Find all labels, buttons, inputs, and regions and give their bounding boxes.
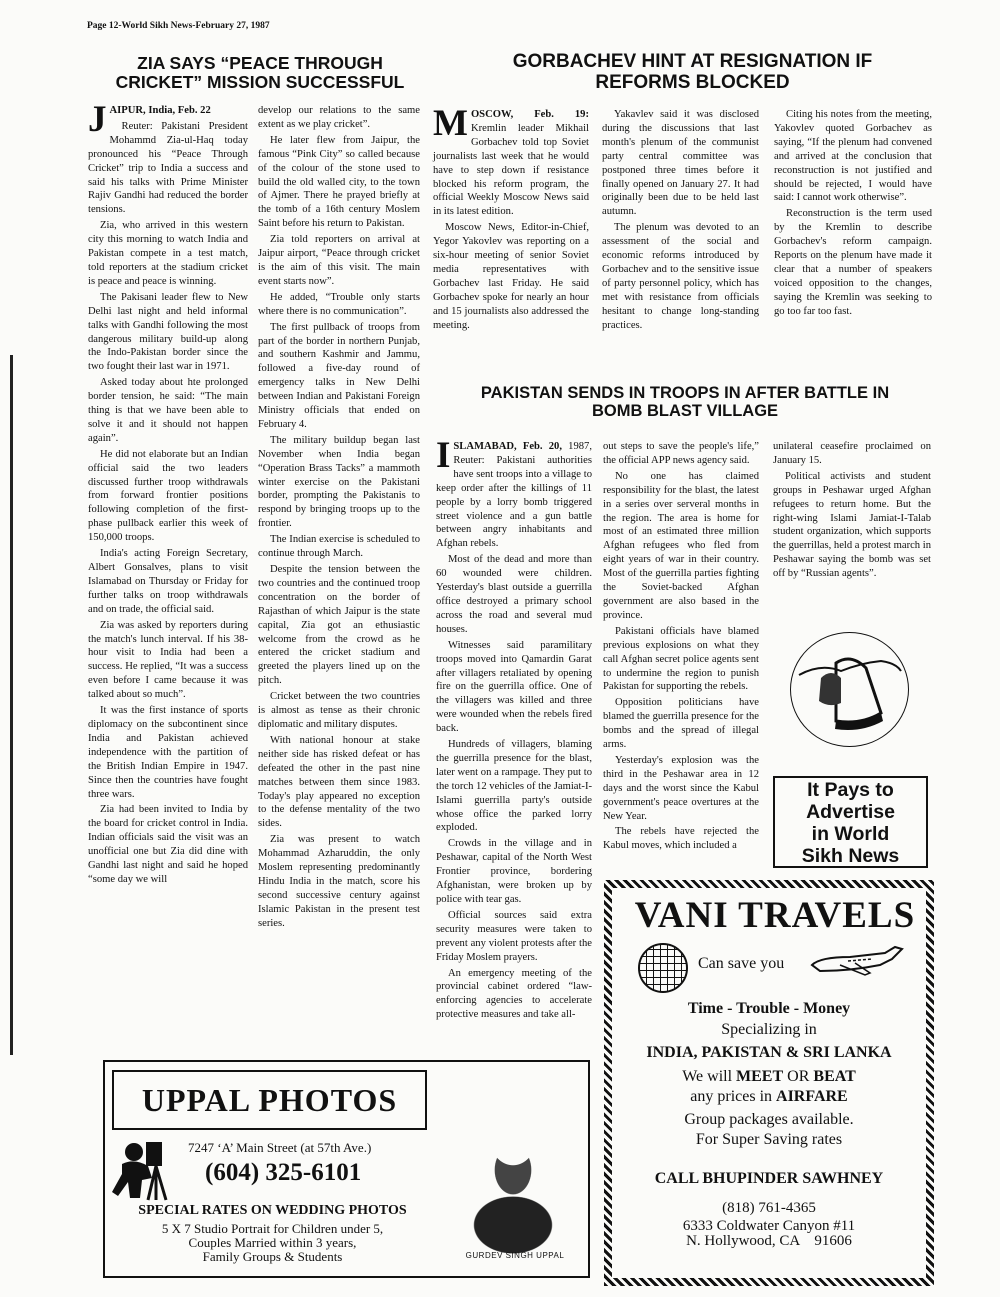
vani-line-time-trouble-money: Time - Trouble - Money xyxy=(609,1000,929,1018)
photo-caption: GURDEV SINGH UPPAL xyxy=(455,1251,575,1260)
paragraph: India's acting Foreign Secretary, Albert… xyxy=(88,547,248,617)
paragraph: Official sources said extra security mea… xyxy=(436,909,592,965)
dateline: OSCOW, Feb. 19: xyxy=(471,109,589,120)
paragraph: It was the first instance of sports dipl… xyxy=(88,704,248,801)
vani-line-super-saving: For Super Saving rates xyxy=(609,1131,929,1149)
paragraph: Zia was present to watch Mohammad Azharu… xyxy=(258,833,420,930)
paragraph: Reconstruction is the term used by the K… xyxy=(774,207,932,318)
headline-gorbachev: GORBACHEV HINT AT RESIGNATION IF REFORMS… xyxy=(470,52,915,94)
paragraph: Zia, who arrived in this western city th… xyxy=(88,219,248,289)
paragraph: Moscow News, Editor-in-Chief, Yegor Yako… xyxy=(433,221,589,332)
paragraph: Asked today about hte prolonged border t… xyxy=(88,376,248,446)
vani-travels-title: VANI TRAVELS xyxy=(630,894,920,937)
headline-zia: ZIA SAYS “PEACE THROUGH CRICKET” MISSION… xyxy=(95,54,425,93)
text: BEAT xyxy=(813,1068,855,1085)
vani-address-1: 6333 Coldwater Canyon #11 xyxy=(609,1219,929,1234)
uppal-offer-line: 5 X 7 Studio Portrait for Children under… xyxy=(115,1222,430,1236)
bells-illustration-icon xyxy=(790,632,909,747)
airplane-icon xyxy=(810,945,905,977)
dateline: SLAMABAD, Feb. 20, xyxy=(453,441,562,452)
zia-column-2: develop our relations to the same extent… xyxy=(258,104,420,933)
paragraph: Opposition politicians have blamed the g… xyxy=(603,696,759,752)
vani-line-countries: INDIA, PAKISTAN & SRI LANKA xyxy=(609,1044,929,1062)
paragraph: Zia told reporters on arrival at Jaipur … xyxy=(258,233,420,289)
paragraph: The plenum was devoted to an assessment … xyxy=(602,221,759,332)
globe-icon xyxy=(638,943,688,993)
paragraph: He did not elaborate but an Indian offic… xyxy=(88,448,248,545)
paragraph: Zia had been invited to India by the boa… xyxy=(88,803,248,886)
uppal-photos-title: UPPAL PHOTOS xyxy=(112,1070,427,1130)
uppal-address: 7247 ‘A’ Main Street (at 57th Ave.) xyxy=(188,1140,371,1156)
house-ad-line: Advertise xyxy=(775,801,926,823)
paragraph: Cricket between the two countries is alm… xyxy=(258,690,420,732)
uppal-offer-line: Couples Married within 3 years, xyxy=(115,1236,430,1250)
text: MEET xyxy=(736,1068,783,1085)
paragraph: out steps to save the people's life,” th… xyxy=(603,440,759,468)
headline-pakistan: PAKISTAN SENDS IN TROOPS IN AFTER BATTLE… xyxy=(470,384,900,420)
vani-line-group-packages: Group packages available. xyxy=(609,1111,929,1129)
text: any prices in xyxy=(690,1088,776,1105)
house-ad-line: It Pays to xyxy=(775,779,926,801)
paragraph: Crowds in the village and in Peshawar, c… xyxy=(436,837,592,907)
paragraph: He later flew from Jaipur, the famous “P… xyxy=(258,134,420,231)
portrait-photo xyxy=(445,1075,580,1255)
paragraph: The Indian exercise is scheduled to cont… xyxy=(258,533,420,561)
uppal-offer-line: Family Groups & Students xyxy=(115,1250,430,1264)
paragraph: develop our relations to the same extent… xyxy=(258,104,420,132)
paragraph: The Pakisani leader flew to New Delhi la… xyxy=(88,291,248,374)
dropcap: J xyxy=(88,105,107,134)
paragraph: Most of the dead and more than 60 wounde… xyxy=(436,553,592,636)
paragraph: The rebels have rejected the Kabul moves… xyxy=(603,825,759,853)
paragraph: Yesterday's explosion was the third in t… xyxy=(603,754,759,824)
uppal-offer-lines: 5 X 7 Studio Portrait for Children under… xyxy=(115,1222,430,1264)
paragraph: Reuter: Pakistani President Mohammd Zia-… xyxy=(88,120,248,217)
pakistan-column-3: unilateral ceasefire proclaimed on Janua… xyxy=(773,440,931,583)
text: We will xyxy=(682,1068,736,1085)
gorbachev-column-2: Yakavlev said it was disclosed during th… xyxy=(602,108,759,335)
paragraph: No one has claimed responsibility for th… xyxy=(603,470,759,623)
paragraph: Political activists and student groups i… xyxy=(773,470,931,581)
paragraph: Pakistani officials have blamed previous… xyxy=(603,625,759,695)
text: AIRFARE xyxy=(776,1088,848,1105)
dateline: AIPUR, India, Feb. 22 xyxy=(110,105,211,116)
dropcap: M xyxy=(433,109,468,138)
uppal-special-rates: SPECIAL RATES ON WEDDING PHOTOS xyxy=(115,1203,430,1219)
paragraph: Citing his notes from the meeting, Yakov… xyxy=(774,108,932,205)
paragraph: With national honour at stake neither si… xyxy=(258,734,420,831)
gorbachev-column-1: MOSCOW, Feb. 19: Kremlin leader Mikhail … xyxy=(433,108,589,335)
gorbachev-column-3: Citing his notes from the meeting, Yakov… xyxy=(774,108,932,321)
photographer-camera-icon xyxy=(112,1138,182,1202)
vani-phone: (818) 761-4365 xyxy=(609,1200,929,1217)
paragraph: Hundreds of villagers, blaming the guerr… xyxy=(436,738,592,835)
scan-edge-bar xyxy=(10,355,13,1055)
vani-line-airfare: any prices in AIRFARE xyxy=(609,1088,929,1106)
zia-column-1: JAIPUR, India, Feb. 22 Reuter: Pakistani… xyxy=(88,104,248,889)
paragraph: An emergency meeting of the provincial c… xyxy=(436,967,592,1023)
pakistan-column-2: out steps to save the people's life,” th… xyxy=(603,440,759,855)
vani-address-2: N. Hollywood, CA 91606 xyxy=(609,1234,929,1249)
paragraph: Zia was asked by reporters during the ma… xyxy=(88,619,248,702)
page-folio: Page 12-World Sikh News-February 27, 198… xyxy=(87,21,270,31)
paragraph: 1987, Reuter: Pakistani authorities have… xyxy=(436,441,592,549)
vani-line-meet-or-beat: We will MEET OR BEAT xyxy=(609,1068,929,1086)
vani-tagline: Can save you xyxy=(698,955,784,973)
house-ad-line: Sikh News xyxy=(775,845,926,867)
house-ad-line: in World xyxy=(775,823,926,845)
paragraph: unilateral ceasefire proclaimed on Janua… xyxy=(773,440,931,468)
paragraph: The military buildup began last November… xyxy=(258,434,420,531)
vani-line-specializing: Specializing in xyxy=(609,1021,929,1039)
paragraph: Yakavlev said it was disclosed during th… xyxy=(602,108,759,219)
pakistan-column-1: ISLAMABAD, Feb. 20, 1987, Reuter: Pakist… xyxy=(436,440,592,1024)
vani-call-name: CALL BHUPINDER SAWHNEY xyxy=(609,1170,929,1188)
paragraph: Witnesses said paramilitary troops moved… xyxy=(436,639,592,736)
dropcap: I xyxy=(436,441,450,470)
paragraph: Despite the tension between the two coun… xyxy=(258,563,420,688)
paragraph: The first pullback of troops from part o… xyxy=(258,321,420,432)
paragraph: He added, “Trouble only starts where the… xyxy=(258,291,420,319)
house-ad-box: It Pays to Advertise in World Sikh News xyxy=(773,776,928,868)
text: OR xyxy=(783,1068,813,1085)
uppal-phone: (604) 325-6101 xyxy=(205,1159,361,1187)
